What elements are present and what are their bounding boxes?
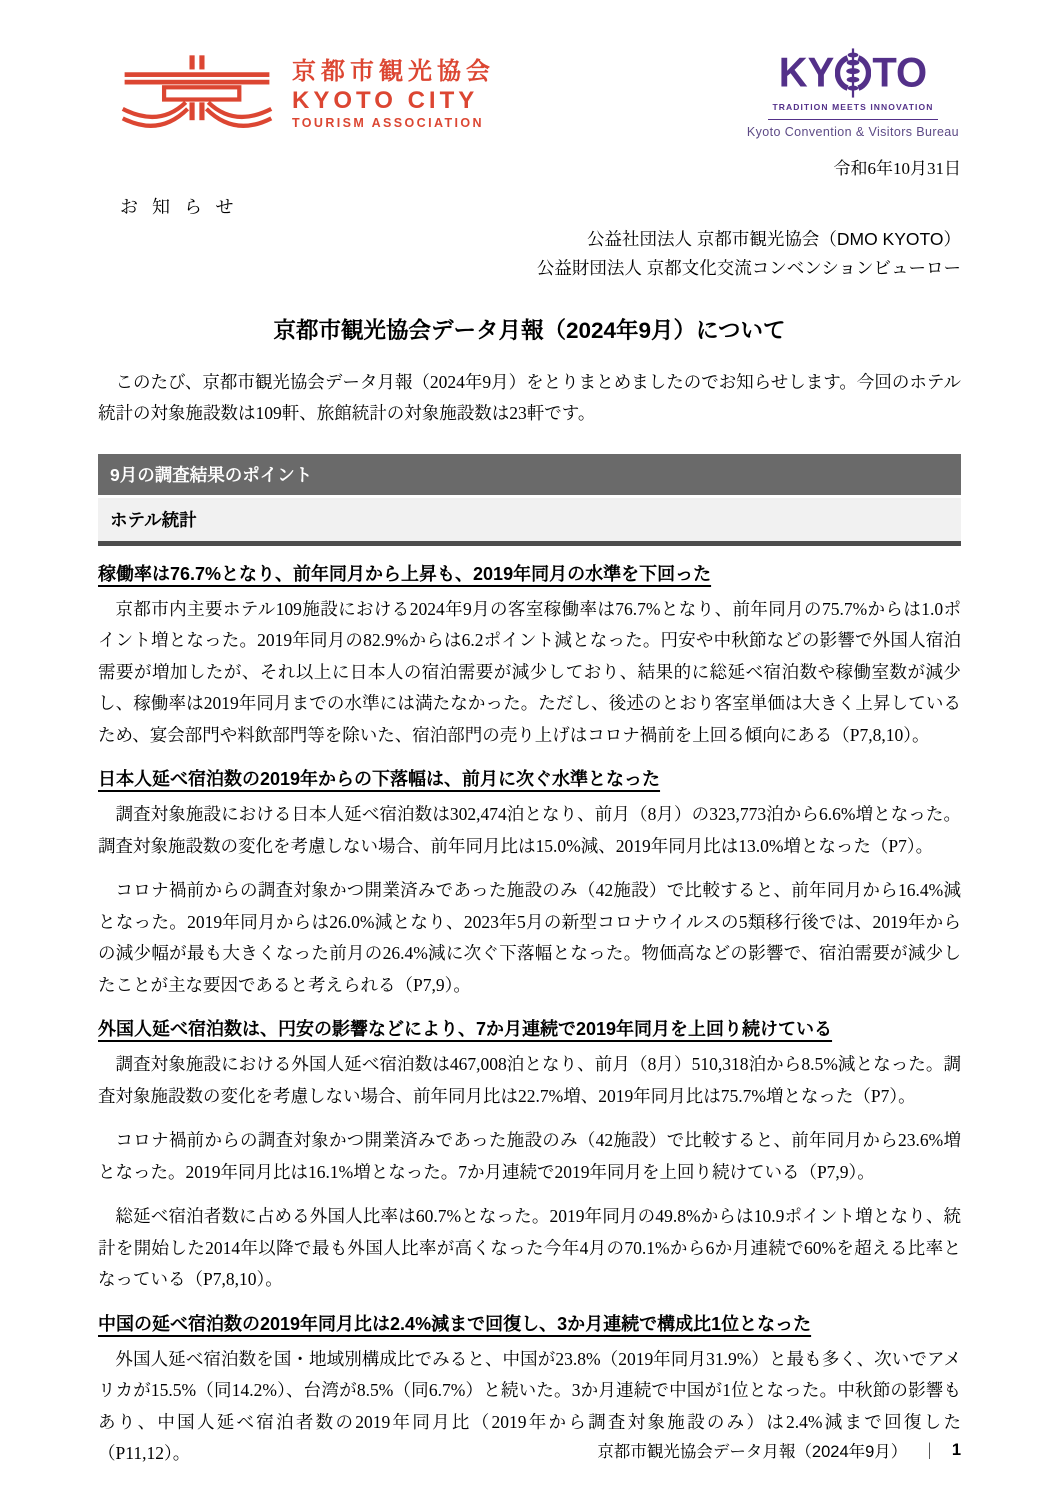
section-heading-foreign-guests: 外国人延べ宿泊数は、円安の影響などにより、7か月連続で2019年同月を上回り続け…	[98, 1015, 961, 1041]
org-line-1: 公益社団法人 京都市観光協会（DMO KYOTO）	[98, 225, 961, 254]
tourism-logo-en2: TOURISM ASSOCIATION	[292, 117, 495, 130]
kyoto-wordmark-right: TO	[872, 52, 927, 94]
issue-date: 令和6年10月31日	[98, 154, 961, 179]
paragraph-japanese-guests-2: コロナ禍前からの調査対象かつ開業済みであった施設のみ（42施設）で比較すると、前…	[98, 875, 961, 1001]
paragraph-occupancy: 京都市内主要ホテル109施設における2024年9月の客室稼働率は76.7%となり…	[98, 594, 961, 752]
bureau-divider	[768, 119, 938, 120]
footer-label: 京都市観光協会データ月報（2024年9月）	[597, 1438, 907, 1462]
pagoda-o-icon	[835, 46, 871, 101]
section-heading-china: 中国の延べ宿泊数の2019年同月比は2.4%減まで回復し、3か月連続で構成比1位…	[98, 1310, 961, 1336]
paragraph-foreign-guests-3: 総延べ宿泊者数に占める外国人比率は60.7%となった。2019年同月の49.8%…	[98, 1201, 961, 1296]
section-banner-hotel: ホテル統計	[98, 498, 961, 546]
issuing-organizations: 公益社団法人 京都市観光協会（DMO KYOTO） 公益財団法人 京都文化交流コ…	[98, 225, 961, 283]
letterhead-header: 京都市観光協会 KYOTO CITY TOURISM ASSOCIATION K…	[98, 45, 961, 144]
kyoto-wordmark: KY TO	[779, 46, 927, 101]
page-title: 京都市観光協会データ月報（2024年9月）について	[98, 313, 961, 345]
bureau-tagline: TRADITION MEETS INNOVATION	[772, 102, 933, 112]
paragraph-foreign-guests-2: コロナ禍前からの調査対象かつ開業済みであった施設のみ（42施設）で比較すると、前…	[98, 1125, 961, 1188]
org-line-2: 公益財団法人 京都文化交流コンベンションビューロー	[98, 254, 961, 283]
section-heading-japanese-guests: 日本人延べ宿泊数の2019年からの下落幅は、前月に次ぐ水準となった	[98, 765, 961, 791]
intro-paragraph: このたび、京都市観光協会データ月報（2024年9月）をとりまとめましたのでお知ら…	[98, 367, 961, 430]
bureau-subtitle: Kyoto Convention & Visitors Bureau	[747, 125, 959, 139]
footer-separator: ｜	[921, 1438, 938, 1462]
paragraph-japanese-guests-1: 調査対象施設における日本人延べ宿泊数は302,474泊となり、前月（8月）の32…	[98, 799, 961, 862]
document-page: 京都市観光協会 KYOTO CITY TOURISM ASSOCIATION K…	[0, 0, 1059, 1498]
kyoto-wordmark-left: KY	[779, 52, 835, 94]
kyoto-convention-bureau-logo: KY TO TRADITI	[747, 47, 959, 139]
kyoto-city-tourism-logo: 京都市観光協会 KYOTO CITY TOURISM ASSOCIATION	[116, 45, 495, 144]
notice-label: お知らせ	[120, 193, 961, 219]
tourism-logo-text: 京都市観光協会 KYOTO CITY TOURISM ASSOCIATION	[292, 59, 495, 130]
tourism-logo-en1: KYOTO CITY	[292, 88, 495, 113]
kyoto-kanji-logo-icon	[116, 45, 278, 144]
paragraph-foreign-guests-1: 調査対象施設における外国人延べ宿泊数は467,008泊となり、前月（8月）510…	[98, 1049, 961, 1112]
section-heading-occupancy: 稼働率は76.7%となり、前年同月から上昇も、2019年同月の水準を下回った	[98, 560, 961, 586]
page-footer: 京都市観光協会データ月報（2024年9月） ｜ 1	[597, 1438, 961, 1462]
section-banner-points: 9月の調査結果のポイント	[98, 454, 961, 495]
tourism-logo-jp: 京都市観光協会	[292, 59, 495, 84]
page-number: 1	[952, 1441, 961, 1460]
